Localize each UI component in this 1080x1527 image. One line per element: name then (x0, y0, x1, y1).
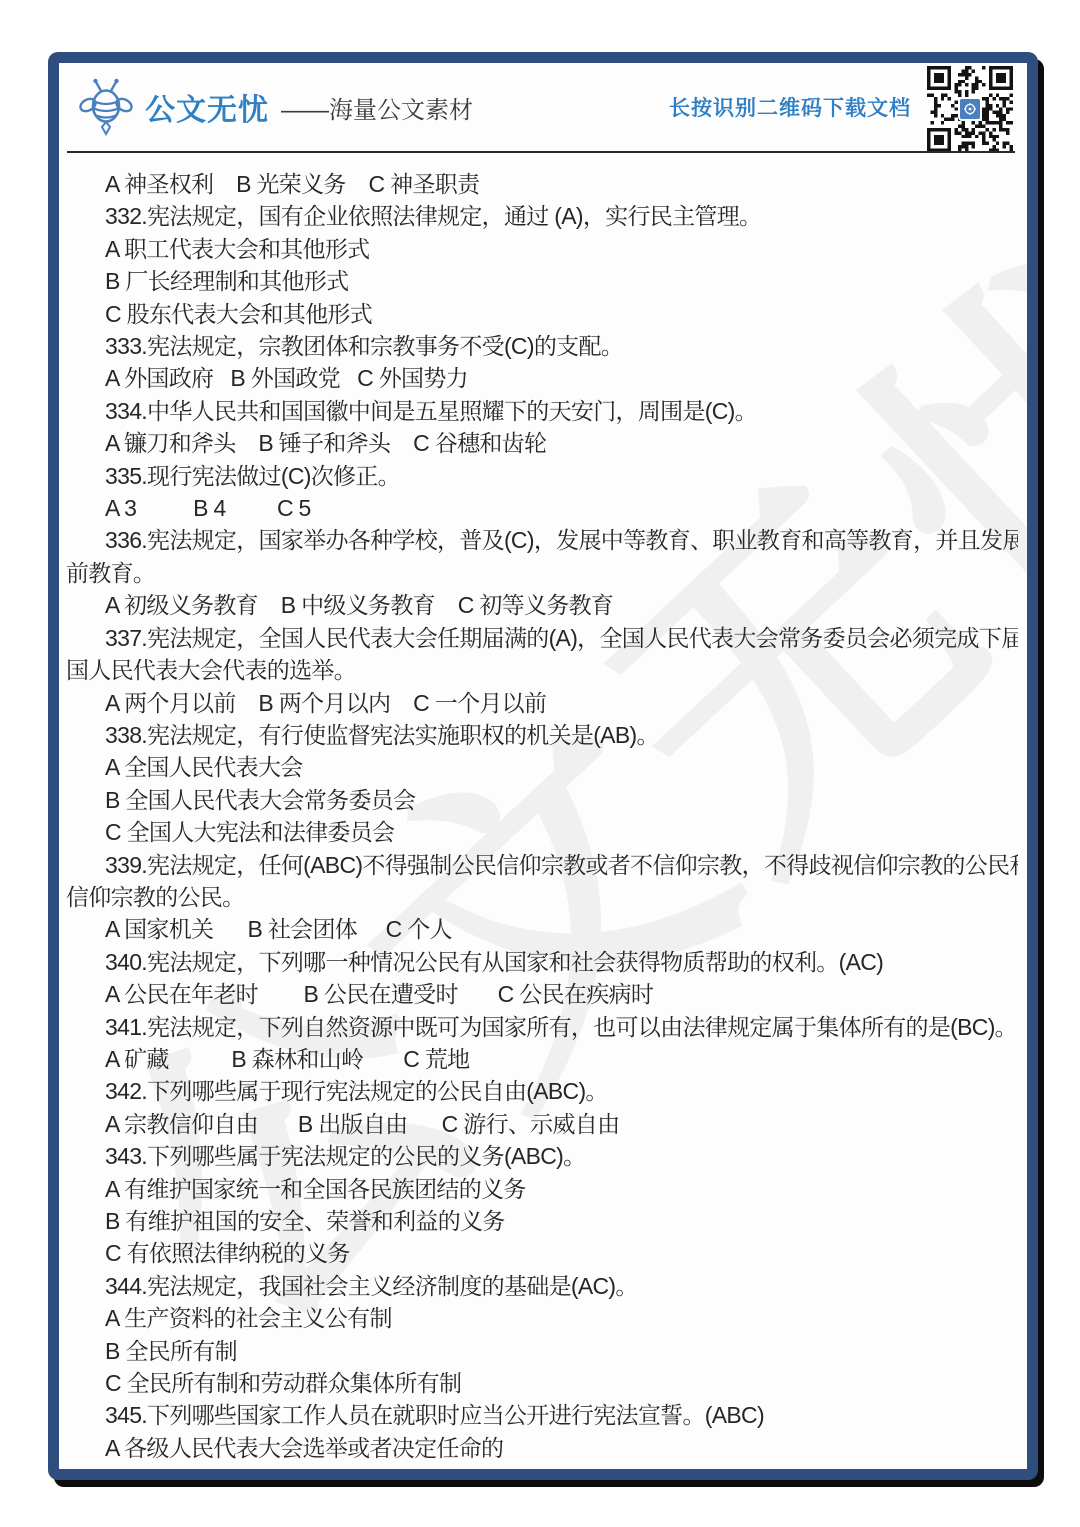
document-line: A 公民在年老时 B 公民在遭受时 C 公民在疾病时 (66, 978, 1018, 1010)
document-line: A 初级义务教育 B 中级义务教育 C 初等义务教育 (66, 589, 1018, 621)
document-line: 332.宪法规定，国有企业依照法律规定，通过 (A)，实行民主管理。 (66, 200, 1018, 232)
document-line: C 全民所有制和劳动群众集体所有制 (66, 1367, 1018, 1399)
document-line: A 各级人民代表大会选举或者决定任命的 (66, 1432, 1018, 1464)
document-line: A 镰刀和斧头 B 锤子和斧头 C 谷穗和齿轮 (66, 427, 1018, 459)
document-line: C 有依照法律纳税的义务 (66, 1237, 1018, 1269)
brand: 公文无忧 ——海量公文素材 (79, 77, 473, 137)
document-line: 340.宪法规定，下列哪一种情况公民有从国家和社会获得物质帮助的权利。(AC) (66, 946, 1018, 978)
document-line: B 厂长经理制和其他形式 (66, 265, 1018, 297)
document-line: A 外国政府 B 外国政党 C 外国势力 (66, 362, 1018, 394)
document-line: C 股东代表大会和其他形式 (66, 298, 1018, 330)
screenshot-canvas: 公文无忧 ——海量公文素材 长按识别二维码下载文档 (0, 0, 1080, 1527)
document-line: A 有维护国家统一和全国各民族团结的义务 (66, 1173, 1018, 1205)
qr-caption: 长按识别二维码下载文档 (669, 92, 911, 122)
document-line: 信仰宗教的公民。 (66, 881, 1018, 913)
document-line: 343.下列哪些属于宪法规定的公民的义务(ABC)。 (66, 1140, 1018, 1172)
document-line: 337.宪法规定，全国人民代表大会任期届满的(A)，全国人民代表大会常务委员会必… (66, 622, 1018, 654)
document-line: 342.下列哪些属于现行宪法规定的公民自由(ABC)。 (66, 1075, 1018, 1107)
document-line: 341.宪法规定，下列自然资源中既可为国家所有，也可以由法律规定属于集体所有的是… (66, 1011, 1018, 1043)
document-body: A 神圣权利 B 光荣义务 C 神圣职责332.宪法规定，国有企业依照法律规定，… (66, 168, 1018, 1465)
document-line: A 3 B 4 C 5 (66, 492, 1018, 524)
document-line: A 神圣权利 B 光荣义务 C 神圣职责 (66, 168, 1018, 200)
document-line: 国人民代表大会代表的选举。 (66, 654, 1018, 686)
document-line: 338.宪法规定，有行使监督宪法实施职权的机关是(AB)。 (66, 719, 1018, 751)
document-line: 344.宪法规定，我国社会主义经济制度的基础是(AC)。 (66, 1270, 1018, 1302)
document-line: 前教育。 (66, 557, 1018, 589)
qr-center-logo-icon (958, 97, 982, 121)
bee-logo-icon (79, 77, 133, 137)
qr-code-icon (927, 66, 1013, 152)
document-line: B 全民所有制 (66, 1335, 1018, 1367)
document-line: A 全国人民代表大会 (66, 751, 1018, 783)
document-line: 334.中华人民共和国国徽中间是五星照耀下的天安门，周围是(C)。 (66, 395, 1018, 427)
header-divider (67, 151, 1015, 153)
document-line: 339.宪法规定，任何(ABC)不得强制公民信仰宗教或者不信仰宗教，不得歧视信仰… (66, 849, 1018, 881)
document-line: A 职工代表大会和其他形式 (66, 233, 1018, 265)
document-page: 公文无忧 ——海量公文素材 长按识别二维码下载文档 (48, 52, 1038, 1480)
document-line: 336.宪法规定，国家举办各种学校，普及(C)，发展中等教育、职业教育和高等教育… (66, 524, 1018, 556)
document-line: 333.宪法规定，宗教团体和宗教事务不受(C)的支配。 (66, 330, 1018, 362)
document-line: C 全国人大宪法和法律委员会 (66, 816, 1018, 848)
document-line: 335.现行宪法做过(C)次修正。 (66, 460, 1018, 492)
document-line: A 矿藏 B 森林和山岭 C 荒地 (66, 1043, 1018, 1075)
document-line: B 全国人民代表大会常务委员会 (66, 784, 1018, 816)
document-line: A 生产资料的社会主义公有制 (66, 1302, 1018, 1334)
document-line: A 宗教信仰自由 B 出版自由 C 游行、示威自由 (66, 1108, 1018, 1140)
document-line: A 国家机关 B 社会团体 C 个人 (66, 913, 1018, 945)
brand-name: 公文无忧 (145, 85, 269, 129)
document-line: A 两个月以前 B 两个月以内 C 一个月以前 (66, 687, 1018, 719)
brand-suffix: ——海量公文素材 (281, 90, 473, 125)
qr-side: 长按识别二维码下载文档 (669, 62, 1013, 152)
page-header: 公文无忧 ——海量公文素材 长按识别二维码下载文档 (59, 63, 1027, 151)
document-line: B 有维护祖国的安全、荣誉和利益的义务 (66, 1205, 1018, 1237)
document-line: 345.下列哪些国家工作人员在就职时应当公开进行宪法宣誓。(ABC) (66, 1399, 1018, 1431)
